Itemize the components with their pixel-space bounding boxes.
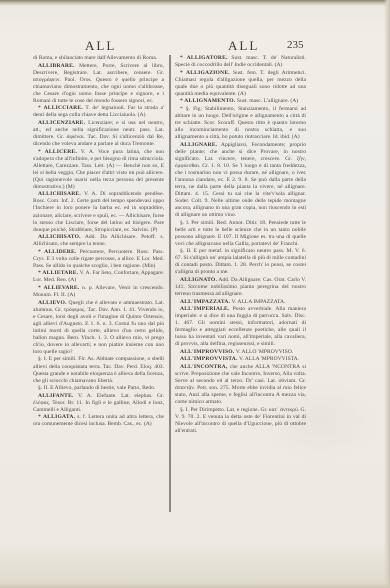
dictionary-entry: * ALLICERE. V. A. Voce pura latina, che … [33,149,164,191]
entry-headword: ALLICHISATO. [38,234,81,240]
entry-headword: * ALLIDERE. [38,249,77,255]
entry-definition: che anche ALLA 'NCONTRA si scrive. Prepo… [175,364,306,405]
entry-definition: V. ALLO 'MPROVVISO. [236,349,293,355]
entry-definition: V. A. Di sopraddicendo pendèse. Rosc. Co… [33,191,164,232]
entry-headword: * ALLICERE. [38,149,77,155]
dictionary-entry: * ALLICCIARE. T. de' legnaiuoli. Far la … [33,105,164,119]
dictionary-subentry: §. II. E Allievo, parlando di bestie, va… [33,385,164,392]
entry-headword: * ALLICCIARE. [38,105,83,111]
entry-headword: * ALLIETARE. [38,270,78,276]
dictionary-entry: ALL'IMPROVVISTA. V. ALLA 'MPROVVISTA. [175,356,306,363]
dictionary-page: ALL ALL 235 di Roma, e sbilanciato mare … [0,0,390,588]
entry-definition: V. ALLA IMPAZZATA. [232,299,286,305]
entry-headword: ALL'IMPERIALE. [180,306,230,312]
dictionary-entry: * ALLIETARE. V. A. Far lieto, Confortare… [33,270,164,284]
dictionary-entry: ALLIGNARE. Appigliarsi, Fecondamente; pr… [175,142,306,220]
dictionary-entry: ALLICHISARE. V. A. Di sopraddicendo pend… [33,191,164,233]
entry-definition: di Roma, e sbilanciato mare dall'Allevam… [33,55,157,61]
entry-definition: V. ALLA 'MPROVVISTA. [239,356,299,362]
running-head-left: ALL [85,38,116,54]
left-column: di Roma, e sbilanciato mare dall'Allevam… [33,55,164,429]
dictionary-subentry: §. I. Per Dirimpetto. Lat. e regione. Gr… [175,407,306,435]
entry-definition: §. II. E Allievo, parlando di bestie, va… [38,385,155,391]
dictionary-entry: ALL'IMPAZZATA. V. ALLA IMPAZZATA. [175,299,306,306]
dictionary-entry: * ALLIGAZIONE. Sust. fem. T. degli Aritm… [175,70,306,98]
entry-headword: * ALLIGATORE. [180,55,228,61]
entry-headword: * ALLIEVARE. [38,285,79,291]
page-bottom-edge [0,583,390,588]
entry-definition: * §. Fig. Stabilimento, Stanziamento, il… [175,106,306,140]
dictionary-subentry: §. I. E per simili. Fir. As. Abbiate com… [33,356,164,384]
dictionary-entry: ALL'INCONTRA, che anche ALLA 'NCONTRA si… [175,364,306,406]
entry-definition: Mettere, Porre, Scrivere al libro, Descr… [33,63,164,104]
entry-headword: ALL'INCONTRA, [180,364,228,370]
entry-headword: ALLIGNATO. [180,277,217,283]
entry-definition: Sust. masc. L'allignare. (A) [237,98,298,104]
entry-headword: ALLIGNARE. [180,142,217,148]
entry-definition: §. II. E per metaf. in significato neutr… [175,248,306,275]
entry-definition: Posto avverbiale. Alla maniera imperiale… [175,306,306,347]
dictionary-subentry: §. I. Per simili. Red. Annot. Ditir. 18.… [175,220,306,248]
dictionary-entry: ALLIFANTE. V. A. Elefante. Lat. elephas.… [33,393,164,414]
dictionary-entry: * ALLIDERE. Percuotere, Percuotere. Rosc… [33,249,164,270]
entry-headword: * ALLIGAZIONE. [180,70,230,76]
page-top-shadow [0,0,390,6]
entry-headword: ALLICHISARE. [38,191,81,197]
entry-definition: §. I. Per Dirimpetto. Lat. e regione. Gr… [175,407,306,434]
dictionary-entry: ALLICHISATO. Add. Da Allichisare. Petoff… [33,234,164,248]
dictionary-subentry: §. II. E per metaf. in significato neutr… [175,248,306,276]
dictionary-entry: * ALLIGATORE. Sust. masc. T. de' Natural… [175,55,306,69]
dictionary-entry: ALL'IMPERIALE. Posto avverbiale. Alla ma… [175,306,306,348]
entry-headword: ALL'IMPAZZATA. [180,299,230,305]
dictionary-entry: ALLIGNATO. Add. Da Allignare. Cas. Orat.… [175,277,306,298]
entry-headword: ALL'IMPROVVISO. [180,349,234,355]
entry-definition: Quegli che è allevato e ammaestrato. Lat… [33,300,164,355]
entry-headword: ALLICENZIARE. [38,120,85,126]
dictionary-entry: ALL'IMPROVVISO. V. ALLO 'MPROVVISO. [175,349,306,356]
dictionary-entry: ALLICENZIARE. Licenziare; e si usa nel n… [33,120,164,148]
entry-definition: §. I. Per simili. Red. Annot. Ditir. 18.… [175,220,306,247]
dictionary-entry: ALLIBRARE. Mettere, Porre, Scrivere al l… [33,63,164,105]
dictionary-entry: di Roma, e sbilanciato mare dall'Allevam… [33,55,164,62]
entry-definition: §. I. E per simili. Fir. As. Abbiate com… [33,356,164,383]
page-right-edge [384,0,390,588]
entry-headword: ALLIBRARE. [38,63,75,69]
entry-definition: V. A. Voce pura latina, che non s'adoper… [33,149,164,190]
dictionary-entry: * ALLIEVARE. n. p. Allevare, Venir in cr… [33,285,164,299]
running-head-right: ALL [228,38,259,54]
entry-headword: ALLIFANTE. [38,393,74,399]
dictionary-entry: * ALLIGNAMENTO. Sust. masc. L'allignare.… [175,98,306,105]
entry-headword: ALL'IMPROVVISTA. [180,356,238,362]
dictionary-entry: ALLIEVO. Quegli che è allevato e ammaest… [33,300,164,356]
entry-headword: ALLIEVO. [38,300,67,306]
entry-headword: * ALLIGNAMENTO. [180,98,235,104]
column-rule [169,55,171,512]
dictionary-subentry: * §. Fig. Stabilimento, Stanziamento, il… [175,106,306,141]
entry-headword: * ALLIGATA. [38,414,75,420]
right-column: * ALLIGATORE. Sust. masc. T. de' Natural… [175,55,306,435]
dictionary-entry: * ALLIGATA. s. f. Lettera unita ad altra… [33,414,164,428]
page-number: 235 [287,39,304,51]
entry-definition: Appigliarsi, Fecondamente; proprio delle… [175,142,306,218]
